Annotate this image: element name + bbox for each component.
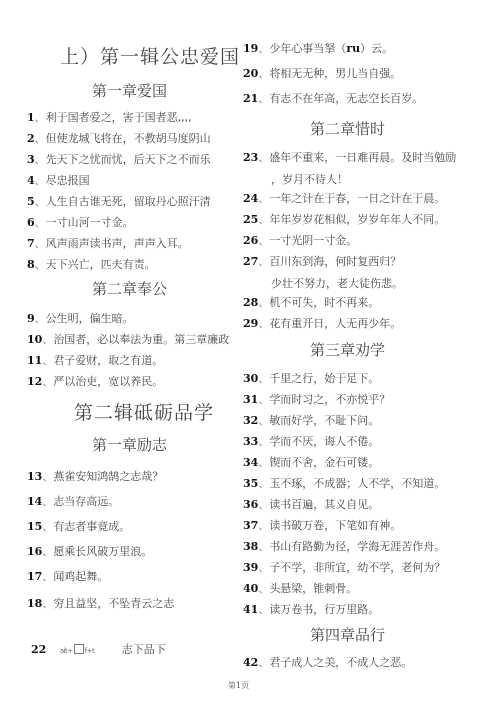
list-item-22: 22 ait+f+t 志下品下 <box>31 643 166 658</box>
list-item: 5、人生自古谁无死，留取丹心照汗清 <box>27 195 211 209</box>
list-item: 21、有志不在年高，无志空长百岁。 <box>243 92 423 106</box>
page-number: 第1页 <box>228 680 249 691</box>
list-item: 20、将相无无种，男儿当自强。 <box>243 67 401 81</box>
list-item: 4、尽忠报国 <box>27 174 90 188</box>
section-title-1: 上）第一辑公忠爱国 <box>60 42 240 69</box>
list-item: 35、玉不琢，不成器；人不学，不知道。 <box>243 477 445 491</box>
list-item: 38、书山有路勤为径，学海无涯苦作舟。 <box>243 540 445 554</box>
list-item: 10、治国者，必以奉法为重。第三章廉政 <box>27 333 229 347</box>
list-item: 7、风声雨声读书声，声声入耳。 <box>27 237 189 251</box>
list-item: 19、少年心事当拏（ru）云。 <box>243 42 393 56</box>
chapter-title-fenggong: 第二章奉公 <box>92 278 167 299</box>
list-item: 33、学而不厌，诲人不倦。 <box>243 435 379 449</box>
list-item: 23、盛年不重来，一日难再晨。及时当勉励 <box>243 151 456 165</box>
list-item: 28、机不可失，时不再来。 <box>243 296 379 310</box>
list-item: 15、有志者事竟成。 <box>27 520 130 534</box>
list-item: 17、闻鸡起舞。 <box>27 570 108 584</box>
list-item: 34、锲而不舍，金石可镂。 <box>243 456 379 470</box>
list-item: 13、燕雀安知鸿鹄之志哉？ <box>27 470 163 484</box>
list-item: 36、读书百遍，其义自见。 <box>243 498 379 512</box>
chapter-title-lizhi: 第一章励志 <box>92 434 167 455</box>
list-item: 29、花有重开日，人无再少年。 <box>243 317 401 331</box>
list-item: 18、穷且益坚，不坠青云之志 <box>27 597 174 611</box>
chapter-title-quanxue: 第三章劝学 <box>310 339 385 360</box>
list-item: 14、志当存高远。 <box>27 495 119 509</box>
list-item: 2、但使龙城飞将在，不教胡马度阴山 <box>27 132 211 146</box>
list-item: 3、先天下之忧而忧，后天下之不而乐 <box>27 153 211 167</box>
chapter-title-xishi: 第二章惜时 <box>310 118 385 139</box>
list-item: 8、天下兴亡，匹夫有责。 <box>27 258 156 272</box>
list-item-continuation: ，岁月不待人！ <box>271 171 348 187</box>
list-item: 24、一年之计在于春，一日之计在于晨。 <box>243 192 445 206</box>
garbled-glyphs: ait+f+t <box>60 647 94 655</box>
chapter-title-pinxing: 第四章品行 <box>310 624 385 645</box>
list-item: 25、年年岁岁花相似，岁岁年年人不同。 <box>243 213 445 227</box>
list-item: 6、一寸山河一寸金。 <box>27 216 134 230</box>
list-item-continuation: 少壮不努力，老大徒伤悲。 <box>271 275 403 291</box>
list-item: 9、公生明，偏生暗。 <box>27 312 134 326</box>
chapter-title-aiguo: 第一章爱国 <box>92 80 167 101</box>
list-item: 32、敏而好学，不耻下问。 <box>243 414 379 428</box>
list-item: 31、学而时习之，不亦悦乎？ <box>243 393 390 407</box>
list-item: 37、读书破万卷，下笔如有神。 <box>243 519 401 533</box>
list-item: 30、千里之行，始于足下。 <box>243 372 379 386</box>
list-item: 12、严以治吏，宽以养民。 <box>27 375 163 389</box>
list-item: 26、一寸光阴一寸金。 <box>243 234 357 248</box>
list-item: 40、头悬梁，锥刺骨。 <box>243 582 357 596</box>
list-item: 11、君子爱财，取之有道。 <box>27 354 163 368</box>
list-item: 39、子不学，非所宜，幼不学，老何为？ <box>243 561 445 575</box>
list-item: 27、百川东到海，何时复西归？ <box>243 255 401 269</box>
list-item: 42、君子成人之美，不成人之恶。 <box>243 656 412 670</box>
list-item: 16、愿乘长风破万里浪。 <box>27 545 152 559</box>
list-item: 1、利于国者爱之，害于国者恶,,,, <box>27 111 192 125</box>
section-title-2: 第二辑砥砺品学 <box>74 398 214 425</box>
list-item: 41、读万卷书，行万里路。 <box>243 603 379 617</box>
